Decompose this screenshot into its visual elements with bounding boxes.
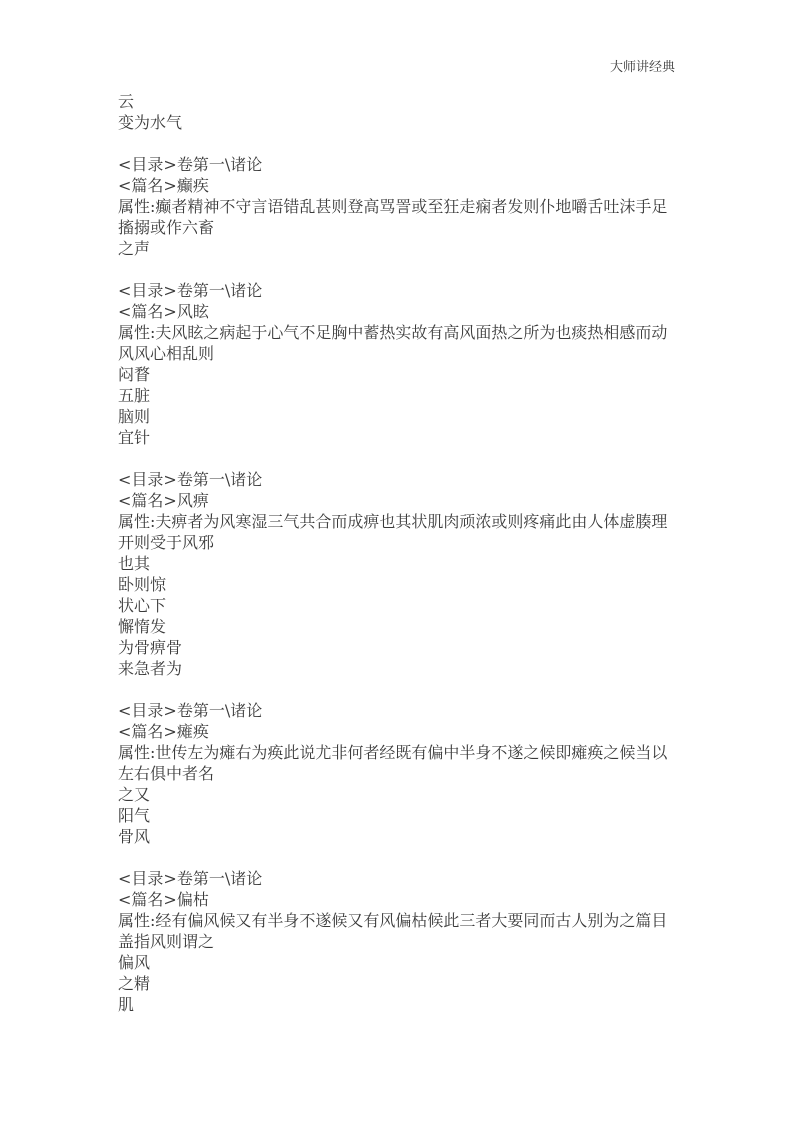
section-body-line: 肌 (118, 994, 680, 1015)
section-body-line: 开则受于风邪 (118, 532, 680, 553)
section-toc-line: <目录>卷第一\诸论 (118, 280, 680, 301)
document-body: 云变为水气 <目录>卷第一\诸论<篇名>癫疾属性:癫者精神不守言语错乱甚则登高骂… (118, 91, 680, 1015)
section-body-line: 宜针 (118, 427, 680, 448)
section-toc-line: <目录>卷第一\诸论 (118, 154, 680, 175)
preamble-line: 变为水气 (118, 112, 680, 133)
section-body-line: 阳气 (118, 805, 680, 826)
section-body-line: 脑则 (118, 406, 680, 427)
section-title-line: <篇名>癫疾 (118, 175, 680, 196)
section-body-line: 盖指风则谓之 (118, 931, 680, 952)
section-body-line: 属性:癫者精神不守言语错乱甚则登高骂詈或至狂走痫者发则仆地嚼舌吐沫手足 (118, 196, 680, 217)
section-toc-line: <目录>卷第一\诸论 (118, 469, 680, 490)
section-body-line: 搐搦或作六畜 (118, 217, 680, 238)
section-body-line: 属性:夫痹者为风寒湿三气共合而成痹也其状肌肉顽浓或则疼痛此由人体虚腠理 (118, 511, 680, 532)
preamble-line: 云 (118, 91, 680, 112)
blank-line (118, 448, 680, 469)
section-body-line: 卧则惊 (118, 574, 680, 595)
section-body-line: 五脏 (118, 385, 680, 406)
blank-line (118, 133, 680, 154)
section-title-line: <篇名>瘫痪 (118, 721, 680, 742)
section-toc-line: <目录>卷第一\诸论 (118, 868, 680, 889)
section-body-line: 之又 (118, 784, 680, 805)
section-body-line: 属性:夫风眩之病起于心气不足胸中蓄热实故有高风面热之所为也痰热相感而动 (118, 322, 680, 343)
section-body-line: 左右俱中者名 (118, 763, 680, 784)
page-header: 大师讲经典 (610, 60, 675, 75)
section-title-line: <篇名>风眩 (118, 301, 680, 322)
section-body-line: 之声 (118, 238, 680, 259)
section-body-line: 来急者为 (118, 658, 680, 679)
blank-line (118, 847, 680, 868)
section-body-line: 骨风 (118, 826, 680, 847)
section-body-line: 之精 (118, 973, 680, 994)
blank-line (118, 259, 680, 280)
blank-line (118, 679, 680, 700)
section-body-line: 属性:世传左为瘫右为痪此说尤非何者经既有偏中半身不遂之候即瘫痪之候当以 (118, 742, 680, 763)
section-toc-line: <目录>卷第一\诸论 (118, 700, 680, 721)
section-body-line: 闷瞀 (118, 364, 680, 385)
section-body-line: 状心下 (118, 595, 680, 616)
section-body-line: 属性:经有偏风候又有半身不遂候又有风偏枯候此三者大要同而古人别为之篇目 (118, 910, 680, 931)
section-title-line: <篇名>风痹 (118, 490, 680, 511)
section-title-line: <篇名>偏枯 (118, 889, 680, 910)
section-body-line: 也其 (118, 553, 680, 574)
section-body-line: 懈惰发 (118, 616, 680, 637)
section-body-line: 风风心相乱则 (118, 343, 680, 364)
section-body-line: 为骨痹骨 (118, 637, 680, 658)
section-body-line: 偏风 (118, 952, 680, 973)
